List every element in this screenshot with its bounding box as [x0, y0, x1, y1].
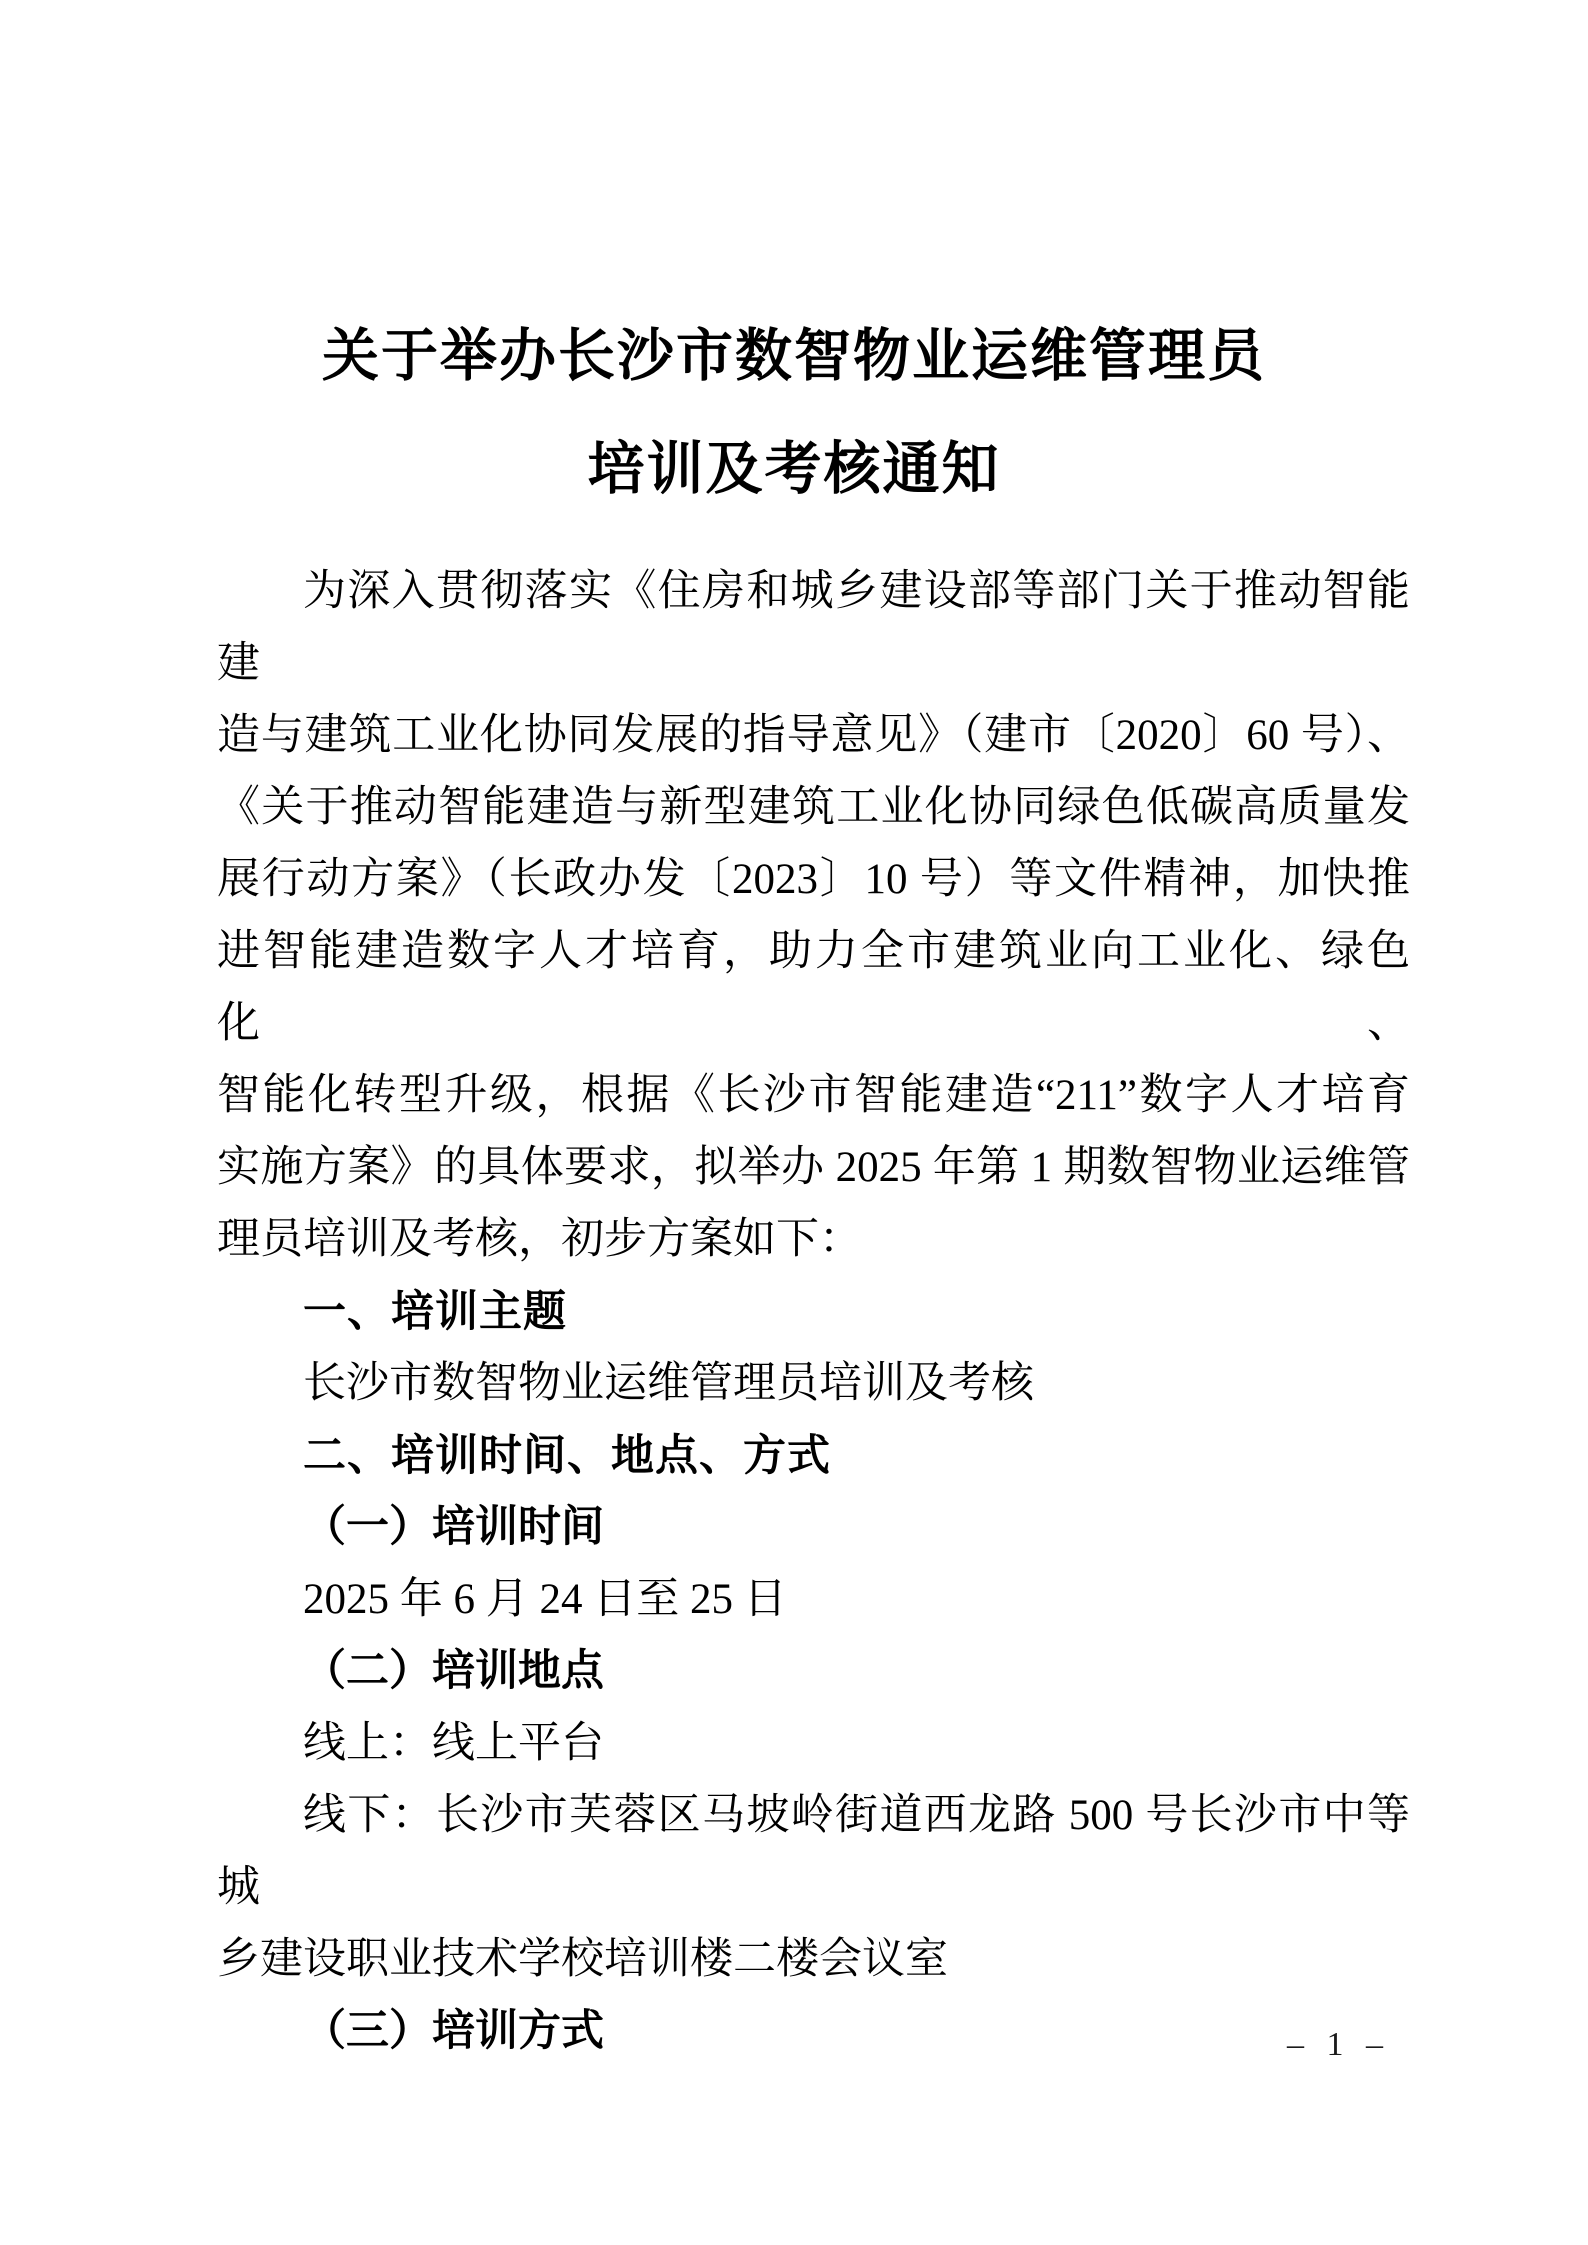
- subsection-heading-training-time: （一）培训时间: [217, 1492, 1410, 1564]
- body-line-training-topic-value: 长沙市数智物业运维管理员培训及考核: [217, 1348, 1410, 1420]
- paragraph-line: 展行动方案》（长政办发〔2023〕10 号）等文件精神，加快推: [217, 844, 1410, 916]
- document-body: 为深入贯彻落实《住房和城乡建设部等部门关于推动智能建 造与建筑工业化协同发展的指…: [217, 556, 1410, 2068]
- body-line-offline-place: 线下：长沙市芙蓉区马坡岭街道西龙路 500 号长沙市中等城: [217, 1780, 1410, 1924]
- section-heading-time-place-method: 二、培训时间、地点、方式: [217, 1420, 1410, 1492]
- document-page: 关于举办长沙市数智物业运维管理员 培训及考核通知 为深入贯彻落实《住房和城乡建设…: [0, 0, 1588, 2245]
- body-line-online-place: 线上：线上平台: [217, 1708, 1410, 1780]
- paragraph-line: 为深入贯彻落实《住房和城乡建设部等部门关于推动智能建: [217, 556, 1410, 700]
- page-number: – 1 –: [1287, 2026, 1390, 2064]
- paragraph-line: 造与建筑工业化协同发展的指导意见》（建市〔2020〕60 号）、: [217, 700, 1410, 772]
- title-line-2: 培训及考核通知: [0, 413, 1588, 526]
- paragraph-line: 《关于推动智能建造与新型建筑工业化协同绿色低碳高质量发: [217, 772, 1410, 844]
- paragraph-line: 理员培训及考核，初步方案如下：: [217, 1204, 1410, 1276]
- paragraph-line: 实施方案》的具体要求，拟举办 2025 年第 1 期数智物业运维管: [217, 1132, 1410, 1204]
- subsection-heading-training-place: （二）培训地点: [217, 1636, 1410, 1708]
- document-title: 关于举办长沙市数智物业运维管理员 培训及考核通知: [0, 300, 1588, 526]
- body-line-offline-place-cont: 乡建设职业技术学校培训楼二楼会议室: [217, 1924, 1410, 1996]
- paragraph-line: 进智能建造数字人才培育，助力全市建筑业向工业化、绿色化、: [217, 916, 1410, 1060]
- title-line-1: 关于举办长沙市数智物业运维管理员: [0, 300, 1588, 413]
- body-line-training-time-value: 2025 年 6 月 24 日至 25 日: [217, 1564, 1410, 1636]
- subsection-heading-training-method: （三）培训方式: [217, 1996, 1410, 2068]
- section-heading-training-topic: 一、培训主题: [217, 1276, 1410, 1348]
- paragraph-line: 智能化转型升级，根据《长沙市智能建造“211”数字人才培育: [217, 1060, 1410, 1132]
